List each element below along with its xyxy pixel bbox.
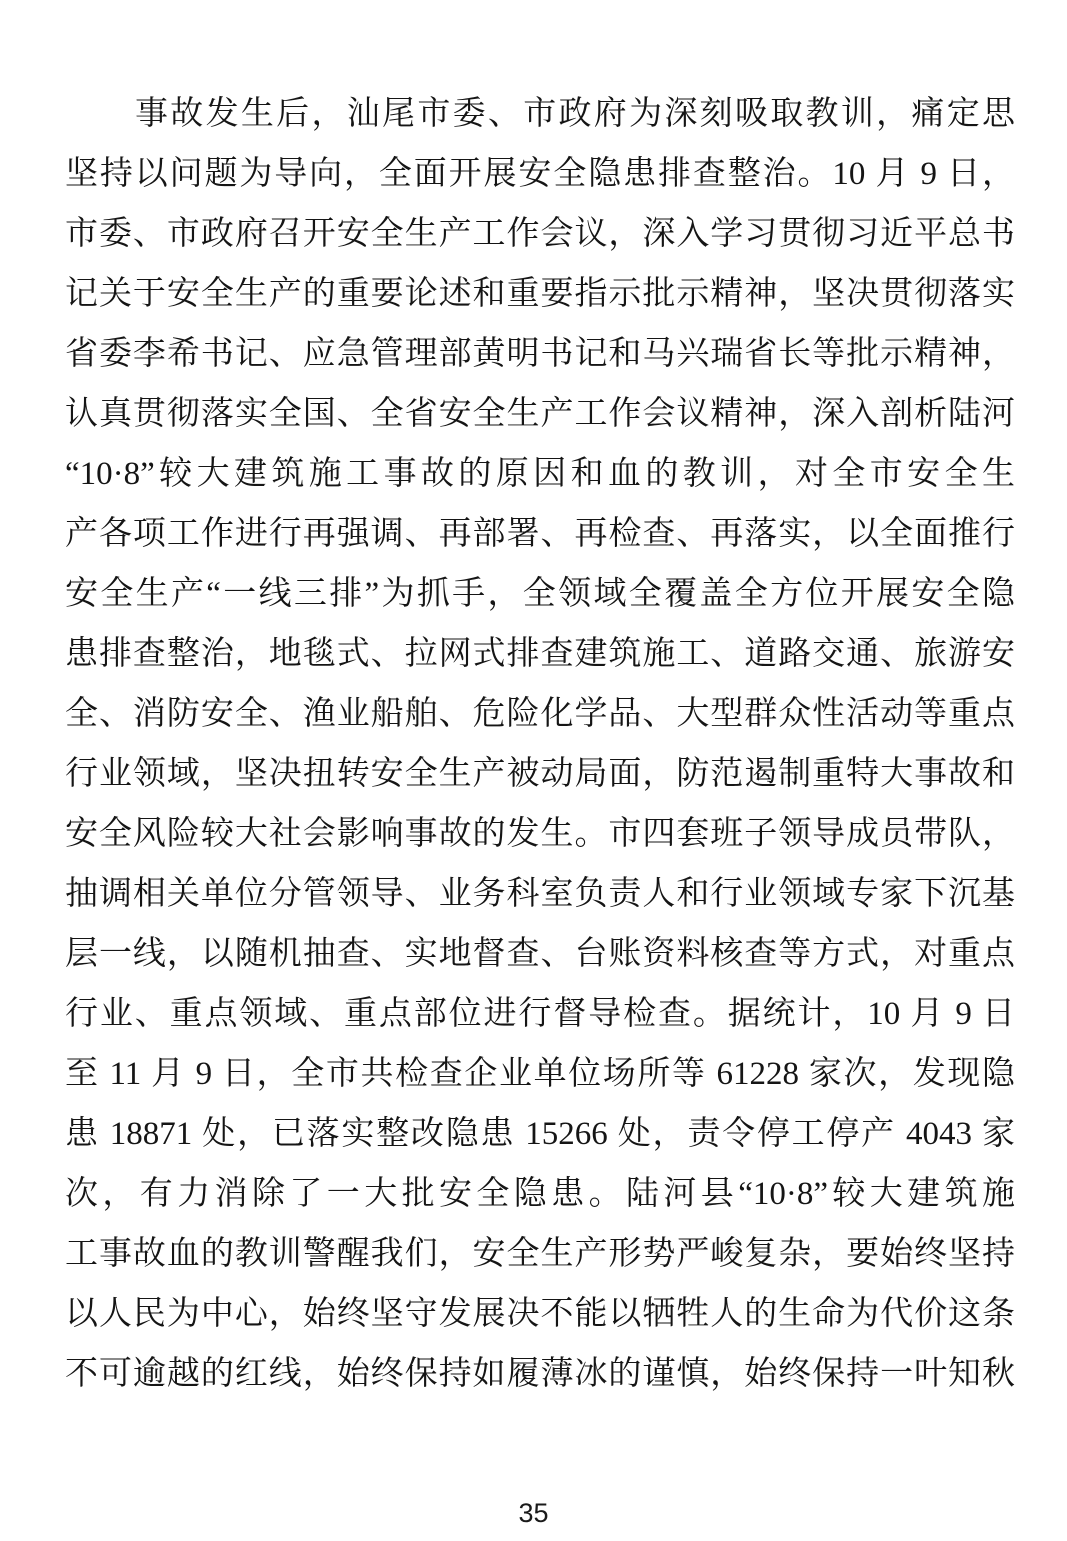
paragraph-line: 全、消防安全、渔业船舶、危险化学品、大型群众性活动等重点 [65, 684, 1015, 744]
paragraph-line: 层一线，以随机抽查、实地督查、台账资料核查等方式，对重点 [65, 924, 1015, 984]
paragraph-line: 市委、市政府召开安全生产工作会议，深入学习贯彻习近平总书 [65, 204, 1015, 264]
paragraph-line: 记关于安全生产的重要论述和重要指示批示精神，坚决贯彻落实 [65, 264, 1015, 324]
paragraph-line: 省委李希书记、应急管理部黄明书记和马兴瑞省长等批示精神， [65, 324, 1015, 384]
paragraph-line: 患 18871 处，已落实整改隐患 15266 处，责令停工停产 4043 家 [65, 1104, 1015, 1164]
paragraph-line: 次，有力消除了一大批安全隐患。陆河县“10·8”较大建筑施 [65, 1164, 1015, 1224]
paragraph-line: 抽调相关单位分管领导、业务科室负责人和行业领域专家下沉基 [65, 864, 1015, 924]
paragraph-line: 认真贯彻落实全国、全省安全生产工作会议精神，深入剖析陆河 [65, 384, 1015, 444]
page-footer: 35 [0, 1498, 1067, 1529]
paragraph-line: 患排查整治，地毯式、拉网式排查建筑施工、道路交通、旅游安 [65, 624, 1015, 684]
paragraph-line: 安全风险较大社会影响事故的发生。市四套班子领导成员带队， [65, 804, 1015, 864]
paragraph-line: 事故发生后，汕尾市委、市政府为深刻吸取教训，痛定思痛， [65, 84, 1015, 144]
paragraph-line: 至 11 月 9 日，全市共检查企业单位场所等 61228 家次，发现隐 [65, 1044, 1015, 1104]
paragraph-line: “10·8”较大建筑施工事故的原因和血的教训，对全市安全生 [65, 444, 1015, 504]
paragraph-line: 坚持以问题为导向，全面开展安全隐患排查整治。10 月 9 日， [65, 144, 1015, 204]
paragraph-line: 产各项工作进行再强调、再部署、再检查、再落实，以全面推行 [65, 504, 1015, 564]
paragraph-line: 行业、重点领域、重点部位进行督导检查。据统计，10 月 9 日 [65, 984, 1015, 1044]
paragraph-line: 行业领域，坚决扭转安全生产被动局面，防范遏制重特大事故和 [65, 744, 1015, 804]
paragraph-line: 安全生产“一线三排”为抓手，全领域全覆盖全方位开展安全隐 [65, 564, 1015, 624]
paragraph-line: 不可逾越的红线，始终保持如履薄冰的谨慎，始终保持一叶知秋 [65, 1344, 1015, 1404]
document-page: 事故发生后，汕尾市委、市政府为深刻吸取教训，痛定思痛， 坚持以问题为导向，全面开… [0, 0, 1067, 1541]
body-paragraph: 事故发生后，汕尾市委、市政府为深刻吸取教训，痛定思痛， 坚持以问题为导向，全面开… [65, 84, 1015, 1404]
paragraph-line: 以人民为中心，始终坚守发展决不能以牺牲人的生命为代价这条 [65, 1284, 1015, 1344]
paragraph-line: 工事故血的教训警醒我们，安全生产形势严峻复杂，要始终坚持 [65, 1224, 1015, 1284]
page-number: 35 [518, 1498, 548, 1528]
